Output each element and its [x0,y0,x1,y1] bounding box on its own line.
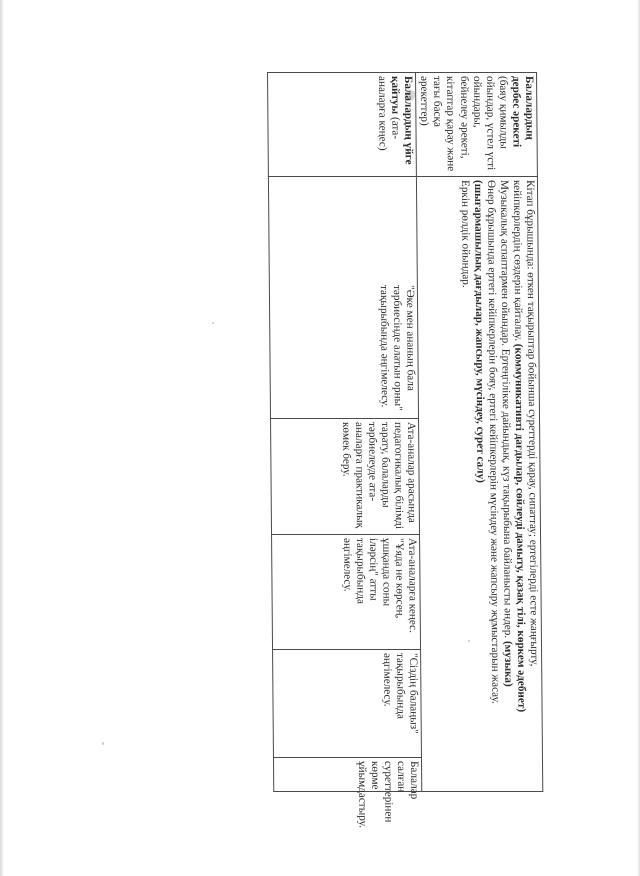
table-row-independent-activity: Балалардың дербес әрекеті (баяу қимылды … [416,73,543,792]
content-text: кейіпкерлердің сөздерін қайталау. [511,180,524,344]
content-skill-tag: (музыка) [502,641,514,687]
cell-text: Ата-аналар арасында педагогикалық білімд… [340,422,418,529]
section-title: Балалардың дербес әрекеті [510,76,536,147]
scan-speck [212,322,214,324]
table-row-going-home: Балалардың үйге қайтуы (ата-аналарға кең… [268,73,422,792]
daily-plan-table: Балалардың дербес әрекеті (баяу қимылды … [267,72,543,792]
section-subtitle: (баяу қимылды ойындар, үстел үсті ойында… [418,76,509,171]
section-label-cell: Балалардың дербес әрекеті (баяу қимылды … [416,73,538,177]
activity-content-cell: Кітап бұрышында: өткен тақырыптар бойынш… [416,177,542,792]
rotated-page-content: Балалардың дербес әрекеті (баяу қимылды … [268,72,543,792]
cell-text: "Әке мен ананың бала тәрбиесінде алатын … [378,285,417,411]
parent-consult-cell: "Сіздің балаңыз" тақырыбында әңгімелесу. [273,650,422,758]
parent-consult-cell: Ата-аналар арасында педагогикалық білімд… [271,419,420,535]
scan-edge-left [0,0,4,876]
cell-text: "Сіздің балаңыз" тақырыбында әңгімелесу. [381,653,420,734]
parent-consult-cell: "Әке мен ананың бала тәрбиесінде алатын … [268,177,418,419]
parent-consult-cell: Ата-аналарға кеңес. "Ұяда не көрсең, ұшқ… [272,535,421,650]
section-label-cell: Балалардың үйге қайтуы (ата-аналарға кең… [268,73,417,177]
cell-text: Ата-аналарға кеңес. "Ұяда не көрсең, ұшқ… [341,538,419,633]
parent-consult-cell: Балалар салған суреттерінен көрме ұйымда… [273,758,421,792]
scan-speck [102,742,104,745]
cell-text: Балалар салған суреттерінен көрме ұйымда… [356,761,421,828]
